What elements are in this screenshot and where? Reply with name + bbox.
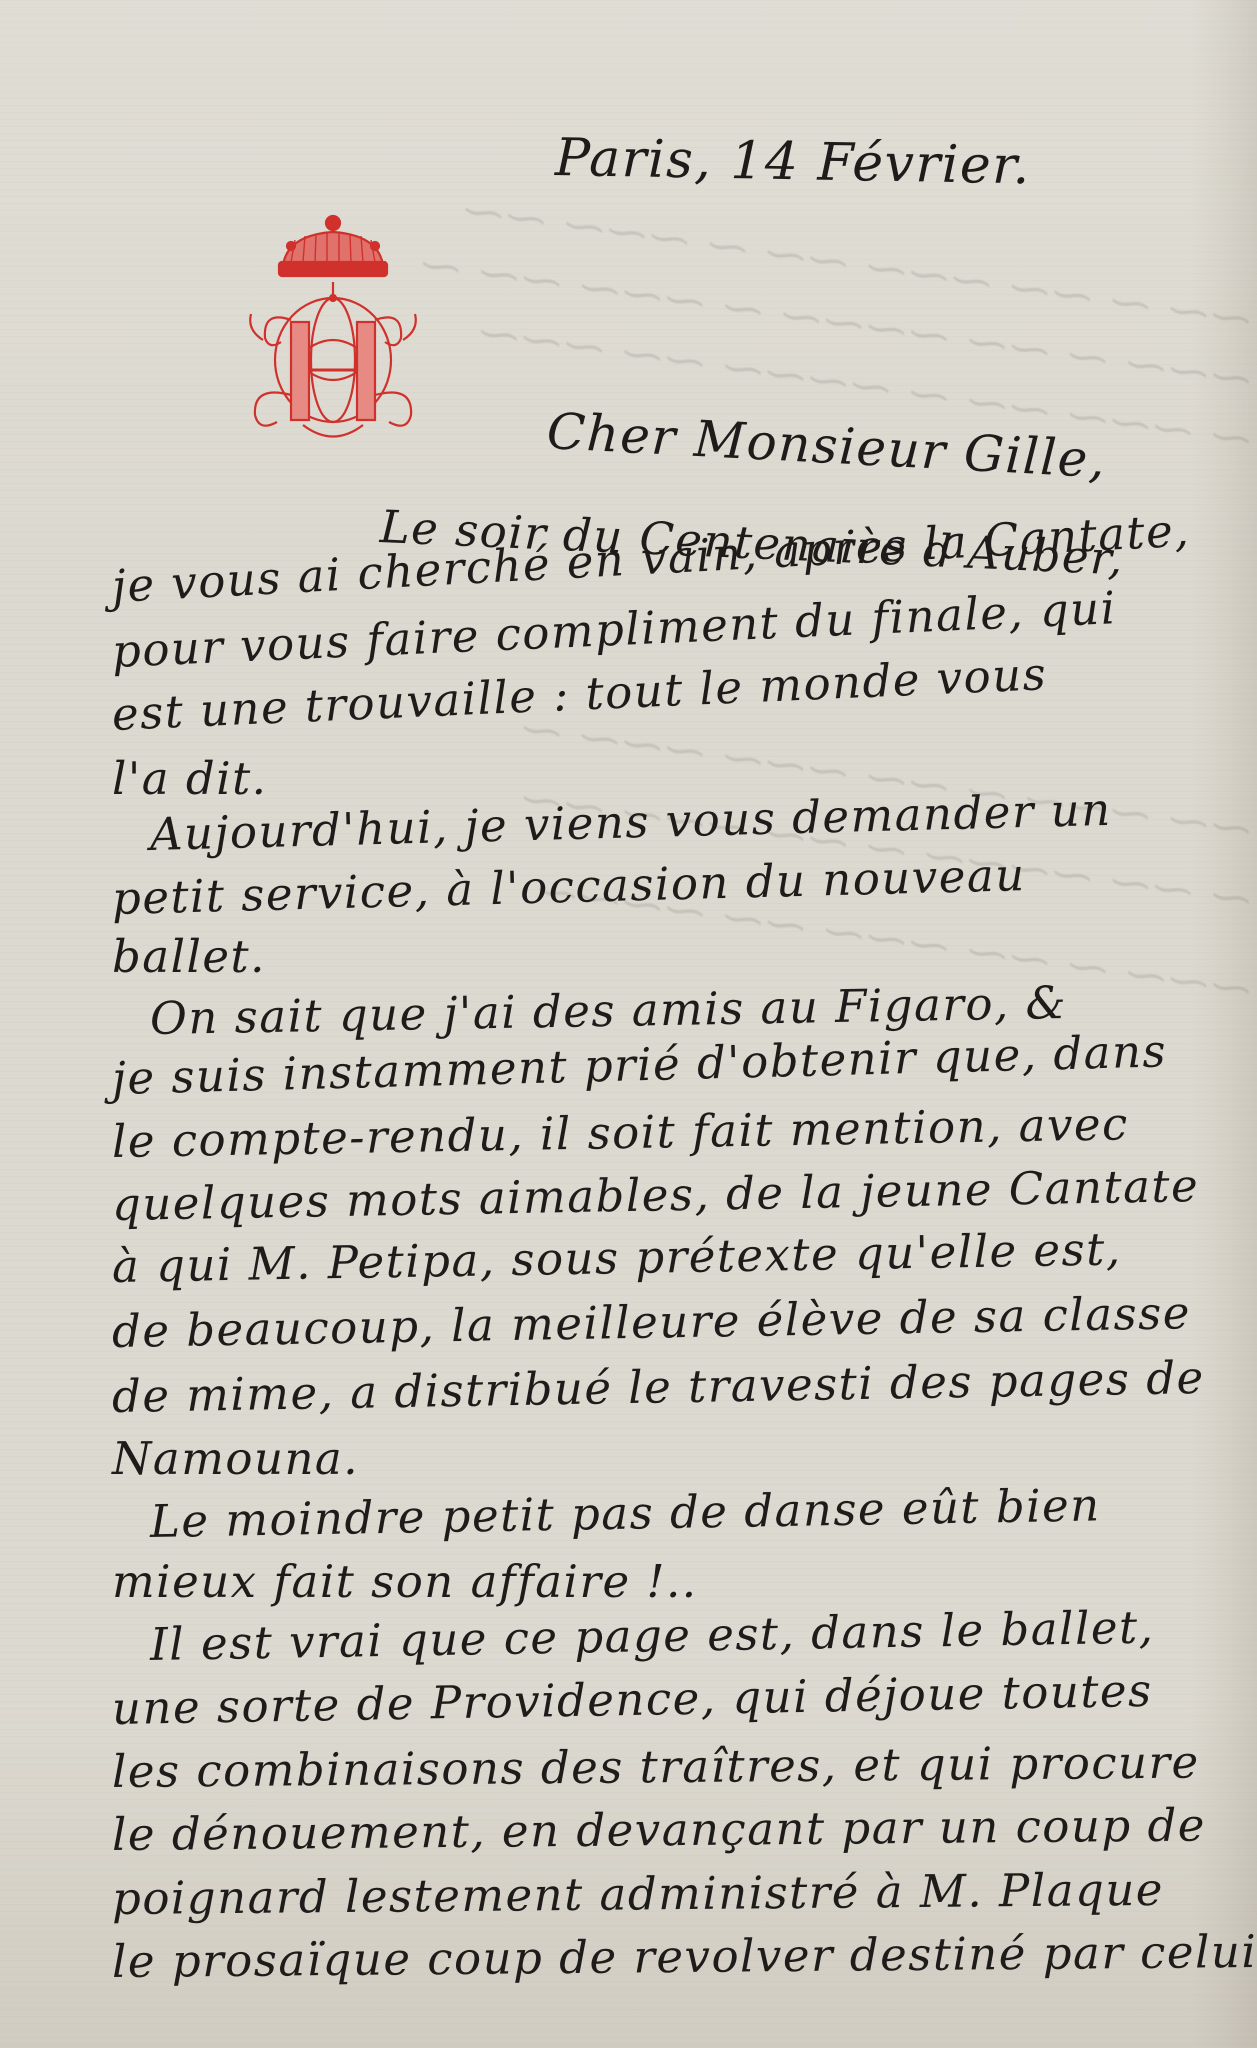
letter-line: petit service, à l'occasion du nouveau bbox=[111, 848, 1026, 925]
letter-line: Il est vrai que ce page est, dans le bal… bbox=[150, 1600, 1155, 1671]
letter-line: poignard lestement administré à M. Plaqu… bbox=[112, 1863, 1164, 1925]
letter-line: Namouna. bbox=[112, 1432, 359, 1485]
crowned-monogram-icon bbox=[243, 210, 423, 450]
letter-line: les combinaisons des traîtres, et qui pr… bbox=[112, 1736, 1200, 1798]
letter-line: le dénouement, en devançant par un coup … bbox=[112, 1798, 1206, 1861]
letter-line: ballet. bbox=[112, 930, 266, 983]
letter-salutation: Cher Monsieur Gille, bbox=[545, 402, 1107, 489]
letter-dateline: Paris, 14 Février. bbox=[554, 128, 1031, 196]
letter-line: de beaucoup, la meilleure élève de sa cl… bbox=[112, 1286, 1192, 1358]
letter-line: mieux fait son affaire !.. bbox=[112, 1555, 698, 1608]
letter-line: de mime, a distribué le travesti des pag… bbox=[112, 1351, 1206, 1423]
letter-line: une sorte de Providence, qui déjoue tout… bbox=[112, 1664, 1154, 1735]
bleed-through-texture: ⁓⁓⁓ ⁓ ⁓⁓ ⁓⁓⁓⁓ ⁓ ⁓⁓⁓ ⁓⁓ ⁓ bbox=[3, 183, 1254, 403]
letter-line: quelques mots aimables, de la jeune Cant… bbox=[112, 1159, 1200, 1231]
letter-line: l'a dit. bbox=[112, 752, 267, 805]
letter-line: à qui M. Petipa, sous prétexte qu'elle e… bbox=[112, 1222, 1122, 1293]
letter-line: le prosaïque coup de revolver destiné pa… bbox=[112, 1925, 1257, 1988]
letter-page: ⁓⁓ ⁓ ⁓⁓ ⁓⁓⁓ ⁓⁓ ⁓ ⁓⁓⁓ ⁓⁓ ⁓⁓⁓ ⁓ ⁓⁓ ⁓⁓⁓⁓ ⁓ … bbox=[0, 0, 1257, 2048]
letter-line: Le moindre petit pas de danse eût bien bbox=[150, 1478, 1102, 1548]
letter-line: le compte-rendu, il soit fait mention, a… bbox=[112, 1097, 1130, 1168]
